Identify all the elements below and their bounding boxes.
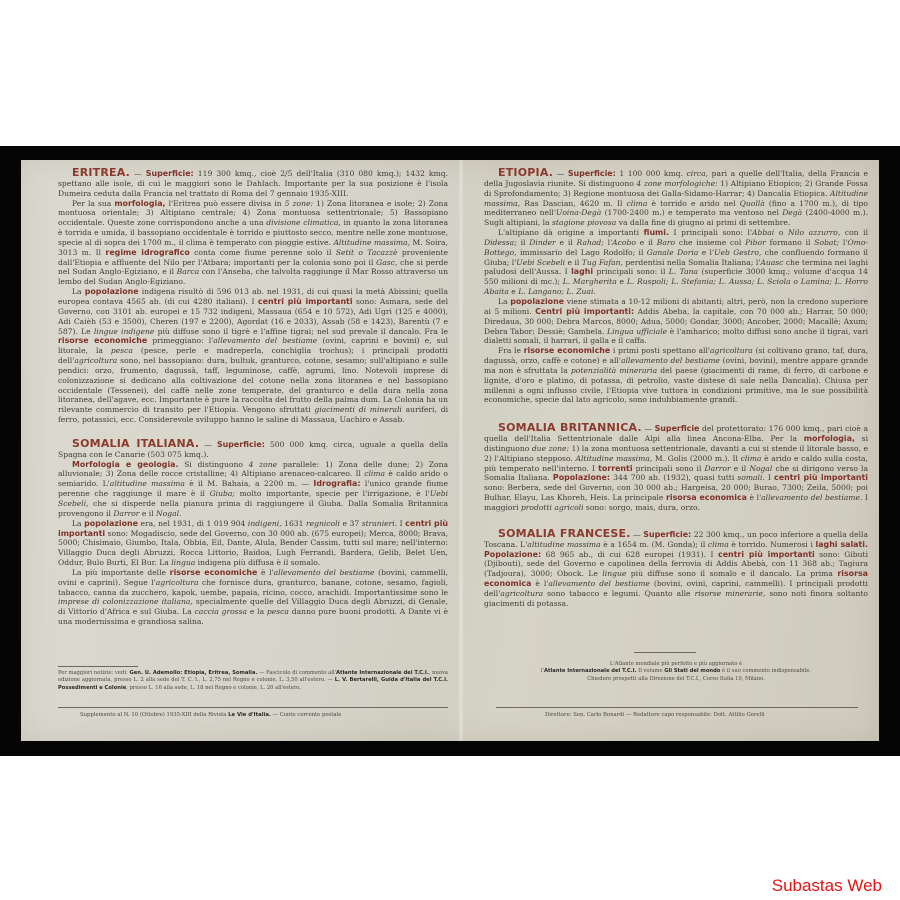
text-run: — Conto corrente postale — [271, 712, 341, 718]
italic-term: Altitudine massima, — [333, 238, 410, 247]
italic-term: clima — [741, 454, 762, 463]
italic-term: Nilo azzurro, — [788, 228, 840, 237]
keyword: Popolazione: — [484, 550, 541, 559]
section-title: SOMALIA ITALIANA. — [72, 437, 199, 450]
text-run: i primi posti spettano all' — [610, 346, 710, 355]
text-run: è l' — [531, 579, 548, 588]
text-run: formano il — [766, 238, 815, 247]
bold-reference: Gen. U. Ademollo: Etiopia, Eritrea, Soma… — [129, 670, 257, 676]
text-run: è l' — [257, 568, 273, 577]
keyword: risorse economiche — [58, 336, 147, 345]
left-column: ERITREA. — Superficie: 119 300 kmq., cio… — [58, 168, 448, 637]
italic-term: lingue — [602, 569, 626, 578]
italic-term: L. Langano; L. Zuai. — [518, 287, 596, 296]
paragraph: SOMALIA ITALIANA. — Superficie: 500 000 … — [58, 439, 448, 460]
text-run: sono: sorgo, mais, dura, orzo. — [584, 503, 700, 512]
italic-term: Darror — [113, 509, 139, 518]
italic-term: L. Margherita — [563, 277, 617, 286]
italic-term: Baro — [657, 238, 675, 247]
footnote-divider-right — [634, 652, 696, 653]
text-run: è il suo commento indispensabile. — [720, 668, 811, 674]
text-run: 68 965 ab., di cui 628 europei (1931). I — [541, 550, 718, 559]
text-run: Direttore: Sen. Carlo Bonardi — Redattor… — [545, 712, 765, 718]
italic-term: Degà — [782, 208, 802, 217]
text-run: 1631 — [282, 519, 306, 528]
section-eritrea: ERITREA. — Superficie: 119 300 kmq., cio… — [58, 168, 448, 425]
keyword: morfologia, — [804, 434, 855, 443]
text-run: Supplemento al N. 10 (Ottobre) 1935-XIII… — [80, 712, 228, 718]
text-run: indigena più diffusa è il somalo. — [195, 558, 320, 567]
italic-term: allevamento del bestiame — [548, 579, 650, 588]
keyword: popolazione — [84, 519, 138, 528]
section-title: ERITREA. — [72, 166, 130, 179]
text-run: il — [517, 238, 530, 247]
italic-term: Quollà — [740, 199, 765, 208]
keyword: centri più importanti — [774, 473, 868, 482]
text-run: o — [774, 228, 788, 237]
text-run: — — [642, 424, 655, 433]
page-fold — [458, 160, 464, 741]
italic-term: Ganale Doria — [647, 248, 699, 257]
bold-reference: Atlante Internazionale del T.C.I. — [544, 668, 637, 674]
keyword: laghi salati. — [816, 540, 868, 549]
text-run: va dalla fine di giugno ai primi di sett… — [616, 218, 790, 227]
text-run: — — [553, 169, 568, 178]
keyword: Superficie: — [146, 169, 194, 178]
keyword: centri più importanti — [258, 297, 353, 306]
text-run: l' — [604, 238, 612, 247]
italic-term: prodotti agricoli — [521, 503, 584, 512]
italic-term: indigeni, — [248, 519, 282, 528]
section-etiopia: ETIOPIA. — Superficie: 1 100 000 kmq. ci… — [484, 168, 868, 405]
text-run: e il — [731, 464, 750, 473]
right-footnote-line-3: Chiedere prospetti alla Direzione del T.… — [484, 676, 868, 683]
paragraph: La popolazione indigena risultò di 596 0… — [58, 287, 448, 425]
section-title: SOMALIA FRANCESE. — [498, 527, 631, 540]
italic-term: allevamento del bestiame — [213, 336, 317, 345]
section-somalia-britannica: SOMALIA BRITANNICA. — Superficie del pro… — [484, 423, 868, 513]
paragraph: Fra le risorse economiche i primi posti … — [484, 346, 868, 405]
italic-term: Nogal. — [156, 509, 181, 518]
text-run: che insieme col — [675, 238, 745, 247]
text-run: 1 100 000 kmq. — [616, 169, 687, 178]
italic-term: risorse minerarie, — [695, 589, 766, 598]
text-run: I — [397, 519, 405, 528]
text-run: l'Eritrea può essere divisa in — [166, 199, 285, 208]
keyword: torrenti — [598, 464, 632, 473]
keyword: Superficie: — [643, 530, 691, 539]
italic-term: agricoltura — [156, 578, 199, 587]
text-run: (1700-2400 m.) e temperato ma ventoso ne… — [601, 208, 782, 217]
text-run: M. Golis (2000 m.). Il — [652, 454, 740, 463]
paragraph: La popolazione viene stimata a 10-12 mil… — [484, 297, 868, 346]
italic-term: pesca — [267, 607, 289, 616]
keyword: Popolazione: — [553, 473, 610, 482]
text-run: I principali sono: l' — [669, 228, 752, 237]
text-run: 344 700 ab. (1932), quasi tutti — [610, 473, 737, 482]
keyword: Superficie: — [217, 440, 265, 449]
text-run: — — [130, 169, 146, 178]
keyword: fiumi. — [644, 228, 669, 237]
text-run: e il — [556, 238, 577, 247]
text-run: e — [617, 277, 627, 286]
keyword: laghi — [571, 267, 593, 276]
italic-term: Sobat; — [814, 238, 839, 247]
text-run: — — [199, 440, 217, 449]
text-run: con il — [840, 228, 868, 237]
text-run: era, nel 1931, di 1 019 904 — [138, 519, 248, 528]
italic-term: Nogal — [749, 464, 772, 473]
italic-term: lingua — [171, 558, 195, 567]
text-run: La — [72, 287, 85, 296]
italic-term: Acobo — [612, 238, 636, 247]
text-run: e il — [139, 509, 156, 518]
italic-term: pesca — [111, 346, 133, 355]
text-run: Per maggiori notizie: vedi: — [58, 670, 129, 676]
italic-term: agricoltura — [500, 589, 543, 598]
italic-term: agricoltura — [710, 346, 753, 355]
keyword: Morfologia e geologia. — [72, 460, 179, 469]
italic-term: stagione piovosa — [552, 218, 616, 227]
text-run: e il — [565, 258, 582, 267]
keyword: centri più importanti — [718, 550, 815, 559]
italic-term: Tug Fafan, — [582, 258, 623, 267]
section-title: ETIOPIA. — [498, 166, 553, 179]
text-run: L'Atlante mondiale più perfetto e più ag… — [610, 661, 742, 667]
italic-term: Altitudine massima, — [575, 454, 652, 463]
section-somalia-italiana: SOMALIA ITALIANA. — Superficie: 500 000 … — [58, 439, 448, 627]
paragraph: ETIOPIA. — Superficie: 1 100 000 kmq. ci… — [484, 168, 868, 228]
keyword: risorse economiche — [170, 568, 258, 577]
keyword: Idrografia: — [313, 479, 360, 488]
text-run: molto importante, specie per l'irrigazio… — [235, 489, 430, 498]
keyword: risorse economiche — [524, 346, 611, 355]
italic-term: Didessa; — [484, 238, 517, 247]
keyword: popolazione — [85, 287, 139, 296]
right-footnote: L'Atlante mondiale più perfetto e più ag… — [484, 661, 868, 683]
italic-term: L. Tana — [669, 267, 698, 276]
italic-term: allevamento del bestiame — [621, 356, 720, 365]
left-supplement-line: Supplemento al N. 10 (Ottobre) 1935-XIII… — [80, 712, 341, 718]
section-title: SOMALIA BRITANNICA. — [498, 421, 642, 434]
italic-term: Abbai — [752, 228, 774, 237]
text-run: è torrido. Numerosi i — [729, 540, 816, 549]
italic-term: giacimenti di minerali — [314, 405, 402, 414]
text-run: I — [765, 473, 774, 482]
text-run: La più importante delle — [72, 568, 170, 577]
right-footnote-line-2: l'Atlante Internazionale del T.C.I. Il v… — [484, 668, 868, 675]
text-run: più diffuse sono il somalo e il dancalo.… — [626, 569, 837, 578]
italic-term: divisione climatica, — [266, 218, 341, 227]
italic-term: Uebi Scebeli — [516, 258, 565, 267]
keyword: Superficie — [655, 424, 700, 433]
italic-term: allevamento del bestiame — [274, 568, 375, 577]
paragraph: SOMALIA FRANCESE. — Superficie: 22 300 k… — [484, 529, 868, 609]
text-run: Il volume — [637, 668, 665, 674]
italic-term: Ueb Gestro, — [714, 248, 761, 257]
italic-term: 4 zone — [249, 460, 278, 469]
text-run: — — [631, 530, 644, 539]
bold-reference: Atlante Internazionale del T.C.I. — [336, 670, 429, 676]
italic-term: clima — [364, 469, 385, 478]
supplement-rule-right — [496, 707, 858, 708]
left-footnote: Per maggiori notizie: vedi: Gen. U. Adem… — [58, 670, 448, 692]
text-run: , presso L. 16 alla sede, L. 18 nel Regn… — [126, 685, 301, 691]
italic-term: caccia grossa — [195, 607, 247, 616]
italic-term: altitudine massima — [527, 540, 600, 549]
footnote-divider-left — [58, 666, 138, 667]
text-run: più diffuse sono il tigrè e l'affine tig… — [154, 327, 448, 336]
text-run: è il M. Bahaia, a 2200 m. — — [185, 479, 314, 488]
italic-term: stranieri. — [362, 519, 397, 528]
text-run: Chiedere prospetti alla Direzione del T.… — [587, 676, 765, 682]
text-run: Per la sua — [72, 199, 114, 208]
text-run: immissario del Lago Rodolfo; il — [517, 248, 647, 257]
text-run: e il — [636, 238, 657, 247]
italic-term: Rahad; — [577, 238, 604, 247]
text-run: è l' — [747, 493, 761, 502]
text-run: e — [509, 287, 518, 296]
keyword: regime idrografico — [105, 248, 189, 257]
text-run: principali sono il — [633, 464, 705, 473]
italic-term: allevamento del bestiame. — [761, 493, 862, 502]
watermark: Subastas Web — [772, 876, 882, 896]
text-run: e la — [247, 607, 267, 616]
italic-term: regnicoli — [306, 519, 340, 528]
italic-term: Dinder — [529, 238, 555, 247]
keyword: popolazione — [510, 297, 564, 306]
keyword: Centri più importanti: — [535, 307, 634, 316]
text-run: principali sono: il — [593, 267, 669, 276]
paragraph: La più importante delle risorse economic… — [58, 568, 448, 627]
keyword: risorsa economica — [666, 493, 747, 502]
text-run: e l' — [698, 248, 714, 257]
bold-reference: Le Vie d'Italia. — [228, 712, 271, 718]
italic-term: 4 zone morfologiche: — [636, 179, 717, 188]
text-run: La — [498, 297, 510, 306]
text-run: Ras Dascian, 4620 m. Il — [520, 199, 626, 208]
paragraph: L'altipiano dà origine a importanti fium… — [484, 228, 868, 297]
text-run: Si distinguono — [179, 460, 249, 469]
italic-term: altitudine massima — [110, 479, 185, 488]
paragraph: ERITREA. — Superficie: 119 300 kmq., cio… — [58, 168, 448, 199]
right-column: ETIOPIA. — Superficie: 1 100 000 kmq. ci… — [484, 168, 868, 619]
italic-term: 5 zone: — [285, 199, 313, 208]
right-supplement-line: Direttore: Sen. Carlo Bonardi — Redattor… — [545, 712, 765, 718]
italic-term: Lingua ufficiale — [607, 327, 667, 336]
supplement-rule-left — [58, 707, 448, 708]
text-run: sono tabacco e legumi. Quanto alle — [543, 589, 694, 598]
text-run: conta come fiume perenne solo il — [190, 248, 336, 257]
text-run: e 37 — [340, 519, 362, 528]
text-run: perdentisi nella Somalia Italiana; l' — [623, 258, 760, 267]
italic-term: agricoltura — [74, 356, 117, 365]
italic-term: potenzialità mineraria — [571, 366, 657, 375]
text-run: è torrido e arido nel — [647, 199, 739, 208]
italic-term: somali. — [737, 473, 764, 482]
text-run: è a 1654 m. (M. Gonda); il — [601, 540, 708, 549]
italic-term: Giuba; — [210, 489, 235, 498]
text-run: L'altipiano dà origine a importanti — [498, 228, 644, 237]
italic-term: circa, — [687, 169, 709, 178]
italic-term: Setit o Tacazzè — [336, 248, 398, 257]
section-somalia-francese: SOMALIA FRANCESE. — Superficie: 22 300 k… — [484, 529, 868, 609]
italic-term: Uoina-Degà — [556, 208, 601, 217]
italic-term: Darror — [705, 464, 731, 473]
paragraph: La popolazione era, nel 1931, di 1 019 9… — [58, 519, 448, 568]
italic-term: Pibor — [745, 238, 766, 247]
bold-reference: Gli Stati del mondo — [664, 668, 720, 674]
italic-term: clima — [627, 199, 648, 208]
italic-term: Barca — [177, 267, 200, 276]
keyword: morfologia, — [114, 199, 165, 208]
italic-term: clima — [708, 540, 729, 549]
text-run: — Fascicolo di commento all' — [257, 670, 336, 676]
italic-term: due zone: — [532, 444, 569, 453]
italic-term: Auasc — [760, 258, 783, 267]
paragraph: SOMALIA BRITANNICA. — Superficie del pro… — [484, 423, 868, 513]
italic-term: imprese di colonizzazione italiana, — [58, 597, 193, 606]
paragraph: Morfologia e geologia. Si distinguono 4 … — [58, 460, 448, 519]
paragraph: Per la sua morfologia, l'Eritrea può ess… — [58, 199, 448, 288]
text-run: primeggiano: l' — [147, 336, 213, 345]
keyword: Superficie: — [568, 169, 616, 178]
italic-term: Gasc, — [376, 258, 397, 267]
text-run: Fra le — [498, 346, 524, 355]
italic-term: lingue indigene — [94, 327, 155, 336]
text-run: La — [72, 519, 84, 528]
